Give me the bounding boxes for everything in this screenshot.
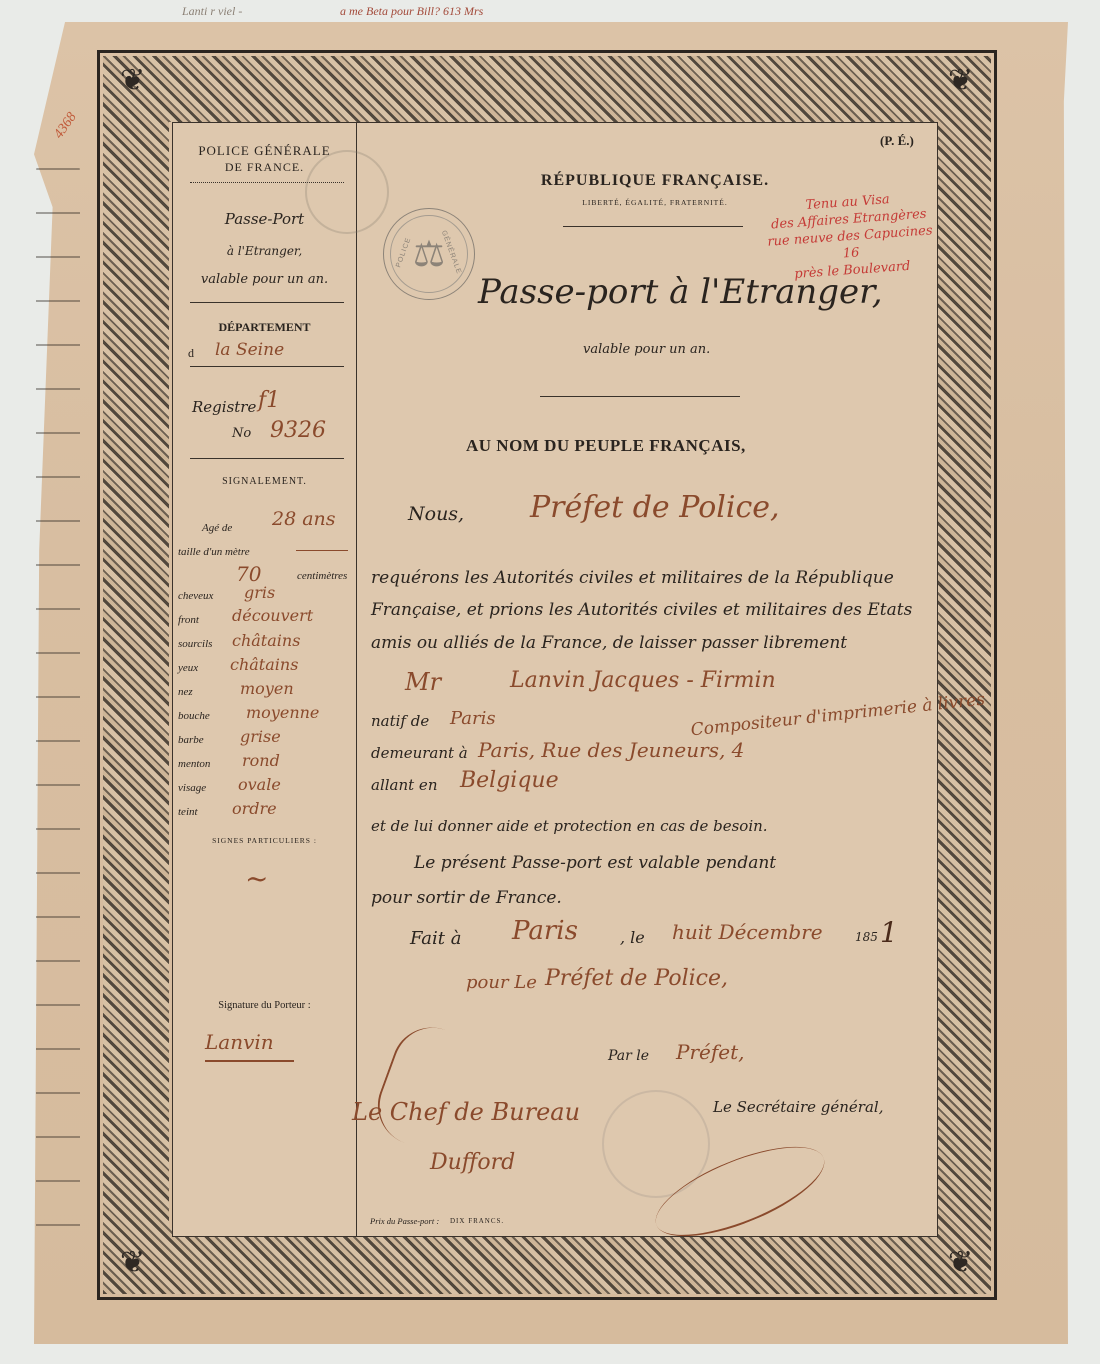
- bearer-name: Lanvin Jacques - Firmin: [510, 668, 776, 693]
- signalement-value-teint: ordre: [232, 799, 277, 818]
- signalement-value-front: découvert: [232, 606, 313, 625]
- signes-particuliers-label: SIGNES PARTICULIERS :: [173, 836, 356, 845]
- corner-ornament-icon: ❦: [120, 66, 145, 96]
- par-le-label: Par le: [608, 1048, 649, 1064]
- invocation: AU NOM DU PEUPLE FRANÇAIS,: [466, 436, 746, 456]
- signalement-label-taille: taille d'un mètre: [178, 546, 250, 558]
- signalement-value-menton: rond: [242, 751, 280, 770]
- demeurant-label: demeurant à: [371, 744, 468, 762]
- nous: Nous,: [408, 503, 464, 525]
- registre-label: Registre: [192, 398, 256, 416]
- signature-porteur: Lanvin: [205, 1030, 294, 1062]
- registre-value: f1: [258, 388, 280, 413]
- signalement-label-cheveux: cheveux: [178, 590, 213, 602]
- pour-le: pour Le: [466, 972, 537, 993]
- departement-prefix: d: [188, 346, 194, 361]
- allant-label: allant en: [371, 776, 437, 794]
- signalement-value-age: 28 ans: [272, 508, 336, 530]
- signalement-value-barbe: grise: [240, 727, 281, 746]
- prix-label: Prix du Passe-port :: [370, 1216, 439, 1226]
- stub-a-letranger: à l'Etranger,: [173, 244, 356, 258]
- departement-value: la Seine: [215, 340, 284, 360]
- bearer-prefix: Mr: [405, 668, 441, 696]
- validity-line2: pour sortir de France.: [371, 888, 562, 908]
- police-generale-seal: ⚖ POLICE GÉNÉRALE: [383, 208, 475, 300]
- stub-valable: valable pour un an.: [173, 272, 356, 287]
- signalement-value-bouche: moyenne: [246, 703, 319, 722]
- pe-mark: (P. É.): [880, 133, 914, 149]
- secretaire-general-label: Le Secrétaire général,: [713, 1098, 884, 1116]
- signalement-value-sourcils: châtains: [232, 631, 300, 650]
- corner-ornament-icon: ❦: [948, 66, 973, 96]
- departement-label: DÉPARTEMENT: [173, 320, 356, 335]
- pour-le-value: Préfet de Police,: [545, 966, 728, 991]
- signalement-label-barbe: barbe: [178, 734, 204, 746]
- separator: [190, 302, 344, 303]
- numero-value: 9326: [270, 418, 326, 443]
- left-margin-calligraphy-flourish: [36, 150, 80, 1260]
- separator: [190, 458, 344, 459]
- column-divider: [356, 123, 357, 1236]
- corner-ornament-icon: ❦: [120, 1248, 145, 1278]
- signes-particuliers-flourish: ~: [245, 862, 268, 895]
- allant-value: Belgique: [460, 768, 559, 793]
- signalement-label: SIGNALEMENT.: [173, 476, 356, 487]
- signalement-label-bouche: bouche: [178, 710, 210, 722]
- signature-porteur-label: Signature du Porteur :: [173, 1000, 356, 1011]
- signalement-label-centimetres: centimètres: [297, 570, 347, 582]
- par-le-value: Préfet,: [676, 1040, 745, 1064]
- title-rule: [563, 226, 743, 227]
- natif-value: Paris: [450, 708, 496, 729]
- authority-handwritten: Préfet de Police,: [530, 490, 780, 525]
- signalement-label-yeux: yeux: [178, 662, 198, 674]
- subtitle-rule: [540, 396, 740, 397]
- le-label: , le: [620, 928, 645, 947]
- fait-label: Fait à: [410, 928, 461, 949]
- protection-text: et de lui donner aide et protection en c…: [371, 817, 768, 835]
- demeurant-value: Paris, Rue des Jeuneurs, 4: [478, 738, 744, 762]
- natif-label: natif de: [371, 712, 429, 730]
- para-line3: amis ou alliés de la France, de laisser …: [371, 633, 847, 653]
- prix-value: DIX FRANCS.: [450, 1217, 504, 1225]
- signalement-label-teint: teint: [178, 806, 198, 818]
- year-printed: 185: [855, 930, 878, 944]
- corner-ornament-icon: ❦: [948, 1248, 973, 1278]
- document-subtitle: valable pour un an.: [583, 342, 710, 357]
- year-digit: 1: [880, 916, 898, 949]
- signature-dufford: Dufford: [430, 1150, 515, 1175]
- signalement-label-age: Agé de: [202, 522, 232, 534]
- signalement-value-visage: ovale: [238, 775, 281, 794]
- para-line1: requérons les Autorités civiles et milit…: [371, 568, 894, 588]
- numero-label: No: [232, 426, 251, 441]
- signalement-label-visage: visage: [178, 782, 206, 794]
- signalement-label-menton: menton: [178, 758, 210, 770]
- para-line2: Française, et prions les Autorités civil…: [371, 600, 912, 620]
- republique-francaise: RÉPUBLIQUE FRANÇAISE.: [480, 172, 830, 190]
- signalement-label-sourcils: sourcils: [178, 638, 212, 650]
- signalement-label-front: front: [178, 614, 199, 626]
- fait-date: huit Décembre: [672, 920, 823, 944]
- document-title: Passe-port à l'Etranger,: [478, 272, 883, 312]
- separator: [190, 366, 344, 367]
- visa-annotation: Tenu au Visa des Affaires Etrangères rue…: [757, 188, 942, 285]
- validity-line1: Le présent Passe-port est valable pendan…: [414, 853, 776, 873]
- signalement-value-nez: moyen: [240, 679, 294, 698]
- signalement-value-yeux: châtains: [230, 655, 298, 674]
- fait-lieu: Paris: [512, 916, 578, 946]
- top-pencil-note: Lanti r viel -: [182, 4, 242, 19]
- top-red-note: a me Beta pour Bill? 613 Mrs: [340, 4, 483, 19]
- signalement-value-cheveux: gris: [244, 583, 275, 602]
- signalement-label-nez: nez: [178, 686, 193, 698]
- faint-round-stamp: [305, 150, 389, 234]
- taille-line: [296, 550, 348, 551]
